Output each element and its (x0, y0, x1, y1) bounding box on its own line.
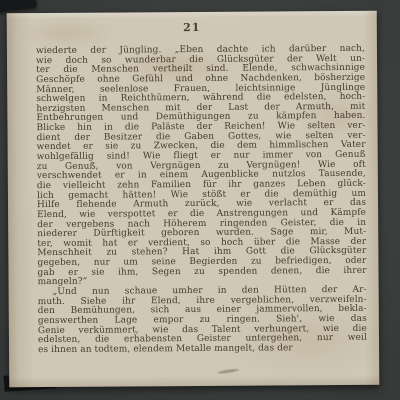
ink-smudge (217, 368, 239, 374)
photo-background: 21 wiederte der Jüngling. „Eben dachte i… (0, 0, 400, 400)
page-number: 21 (7, 20, 377, 36)
book-clamp (0, 0, 37, 12)
text-line: es ihnen an todtem, elendem Metalle mang… (38, 344, 367, 356)
book-page: 21 wiederte der Jüngling. „Eben dachte i… (7, 11, 380, 388)
page-text: wiederte der Jüngling. „Eben dachte ich … (36, 45, 367, 356)
